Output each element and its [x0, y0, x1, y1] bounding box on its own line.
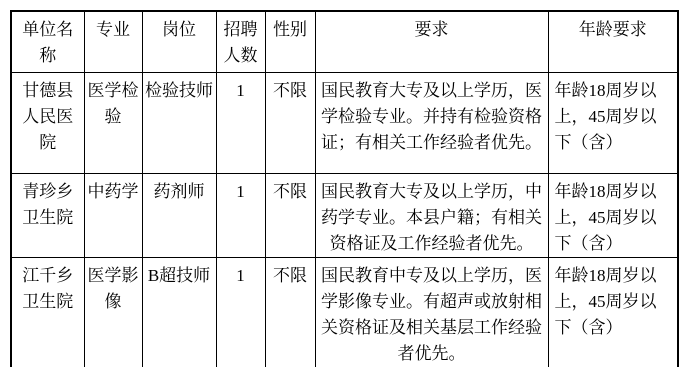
cell-gender: 不限 [265, 173, 315, 257]
header-age-requirement: 年龄要求 [548, 11, 678, 72]
cell-requirements: 国民教育中专及以上学历，医学影像专业。有超声或放射相关资格证及相关基层工作经验者… [315, 257, 548, 367]
table-row: 江千乡卫生院 医学影像 B超技师 1 不限 国民教育中专及以上学历，医学影像专业… [11, 257, 678, 367]
cell-requirements: 国民教育大专及以上学历，医学检验专业。并持有检验资格证；有相关工作经验者优先。 [315, 72, 548, 173]
cell-position: 药剂师 [142, 173, 216, 257]
cell-gender: 不限 [265, 257, 315, 367]
cell-unit-name: 青珍乡卫生院 [11, 173, 84, 257]
cell-position: 检验技师 [142, 72, 216, 173]
header-major: 专业 [84, 11, 142, 72]
cell-major: 中药学 [84, 173, 142, 257]
table-row: 青珍乡卫生院 中药学 药剂师 1 不限 国民教育大专及以上学历，中药学专业。本县… [11, 173, 678, 257]
cell-age-requirement: 年龄18周岁以上，45周岁以下（含） [548, 257, 678, 367]
header-position: 岗位 [142, 11, 216, 72]
cell-major: 医学影像 [84, 257, 142, 367]
header-row: 单位名称 专业 岗位 招聘人数 性别 要求 年龄要求 [11, 11, 678, 72]
cell-unit-name: 江千乡卫生院 [11, 257, 84, 367]
document-page: 单位名称 专业 岗位 招聘人数 性别 要求 年龄要求 甘德县人民医院 医学检验 … [0, 0, 684, 367]
cell-gender: 不限 [265, 72, 315, 173]
cell-major: 医学检验 [84, 72, 142, 173]
header-requirements: 要求 [315, 11, 548, 72]
cell-position: B超技师 [142, 257, 216, 367]
cell-unit-name: 甘德县人民医院 [11, 72, 84, 173]
cell-recruit-count: 1 [216, 72, 265, 173]
header-recruit-count: 招聘人数 [216, 11, 265, 72]
cell-age-requirement: 年龄18周岁以上，45周岁以下（含） [548, 72, 678, 173]
cell-recruit-count: 1 [216, 173, 265, 257]
table-row: 甘德县人民医院 医学检验 检验技师 1 不限 国民教育大专及以上学历，医学检验专… [11, 72, 678, 173]
header-gender: 性别 [265, 11, 315, 72]
header-unit-name: 单位名称 [11, 11, 84, 72]
cell-recruit-count: 1 [216, 257, 265, 367]
cell-age-requirement: 年龄18周岁以上，45周岁以下（含） [548, 173, 678, 257]
cell-requirements: 国民教育大专及以上学历，中药学专业。本县户籍；有相关资格证及工作经验者优先。 [315, 173, 548, 257]
recruitment-table: 单位名称 专业 岗位 招聘人数 性别 要求 年龄要求 甘德县人民医院 医学检验 … [10, 10, 679, 367]
